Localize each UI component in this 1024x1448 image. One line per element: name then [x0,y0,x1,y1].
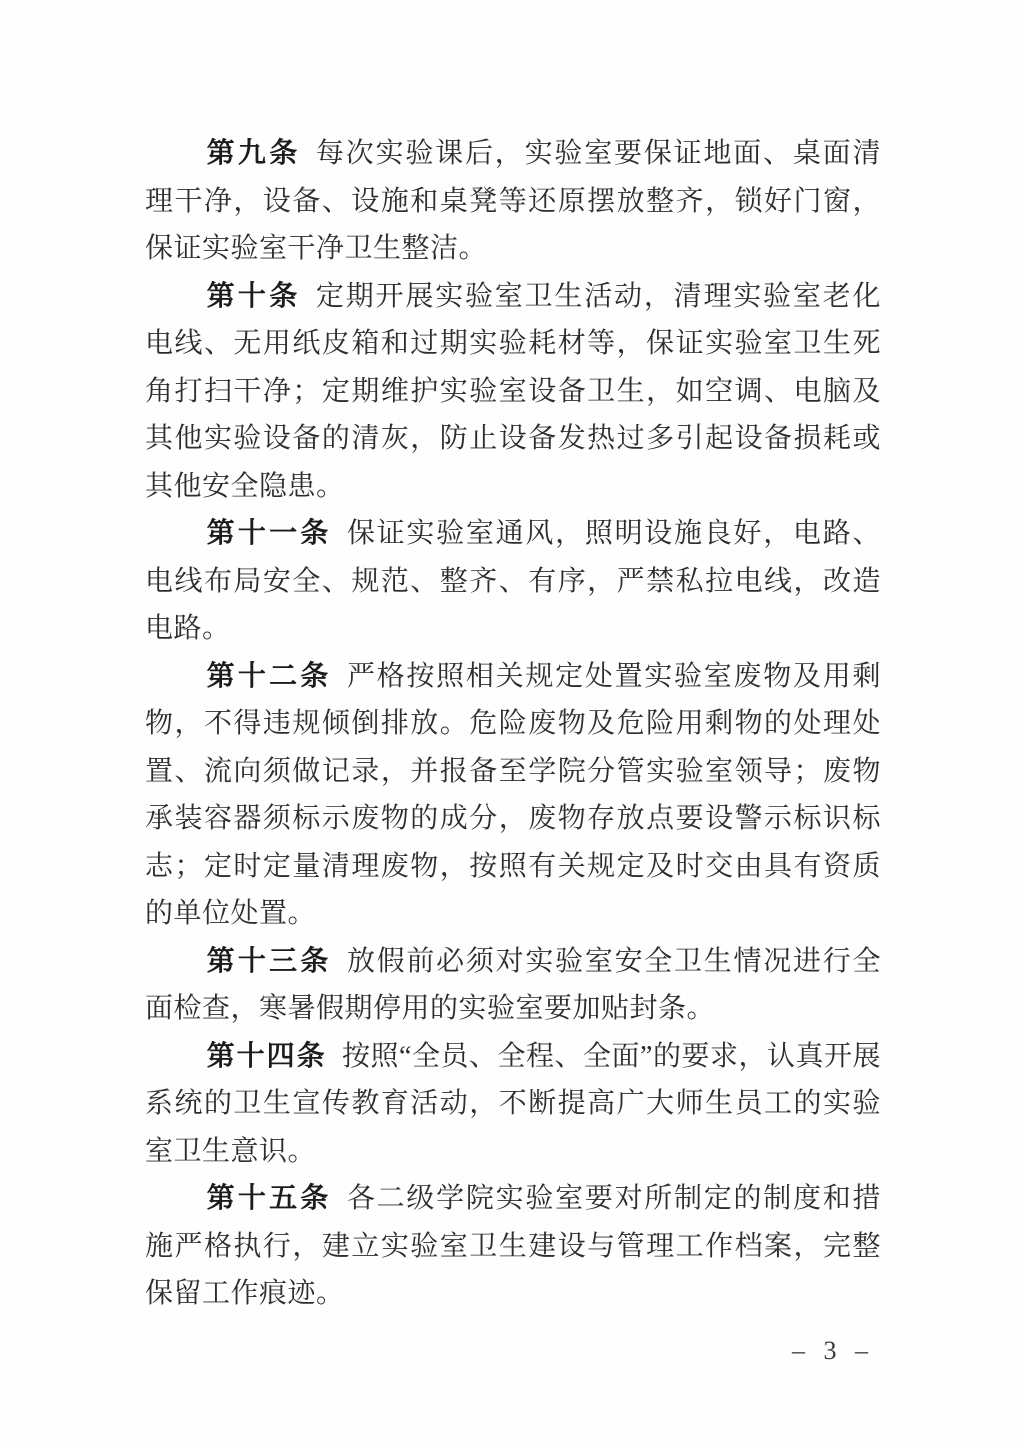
document-body: 第九条每次实验课后，实验室要保证地面、桌面清理干净，设备、设施和桌凳等还原摆放整… [145,130,881,1318]
page-number: – 3 – [792,1336,874,1366]
paragraph-article-14: 第十四条按照“全员、全程、全面”的要求，认真开展系统的卫生宣传教育活动，不断提高… [145,1033,881,1176]
article-number: 第九条 [207,138,301,169]
article-number: 第十二条 [207,661,332,692]
paragraph-article-10: 第十条定期开展实验室卫生活动，清理实验室老化电线、无用纸皮箱和过期实验耗材等，保… [145,273,881,511]
article-number: 第十三条 [207,946,332,977]
article-number: 第十条 [207,281,301,312]
article-text: 严格按照相关规定处置实验室废物及用剩物，不得违规倾倒排放。危险废物及危险用剩物的… [145,661,881,930]
article-number: 第十一条 [207,518,332,549]
paragraph-article-12: 第十二条严格按照相关规定处置实验室废物及用剩物，不得违规倾倒排放。危险废物及危险… [145,653,881,938]
paragraph-article-13: 第十三条放假前必须对实验室安全卫生情况进行全面检查，寒暑假期停用的实验室要加贴封… [145,938,881,1033]
document-page: 第九条每次实验课后，实验室要保证地面、桌面清理干净，设备、设施和桌凳等还原摆放整… [0,0,1024,1448]
paragraph-article-9: 第九条每次实验课后，实验室要保证地面、桌面清理干净，设备、设施和桌凳等还原摆放整… [145,130,881,273]
article-number: 第十四条 [207,1041,327,1072]
paragraph-article-11: 第十一条保证实验室通风，照明设施良好，电路、电线布局安全、规范、整齐、有序，严禁… [145,510,881,653]
paragraph-article-15: 第十五条各二级学院实验室要对所制定的制度和措施严格执行，建立实验室卫生建设与管理… [145,1175,881,1318]
article-text: 定期开展实验室卫生活动，清理实验室老化电线、无用纸皮箱和过期实验耗材等，保证实验… [145,281,881,502]
article-number: 第十五条 [207,1183,332,1214]
